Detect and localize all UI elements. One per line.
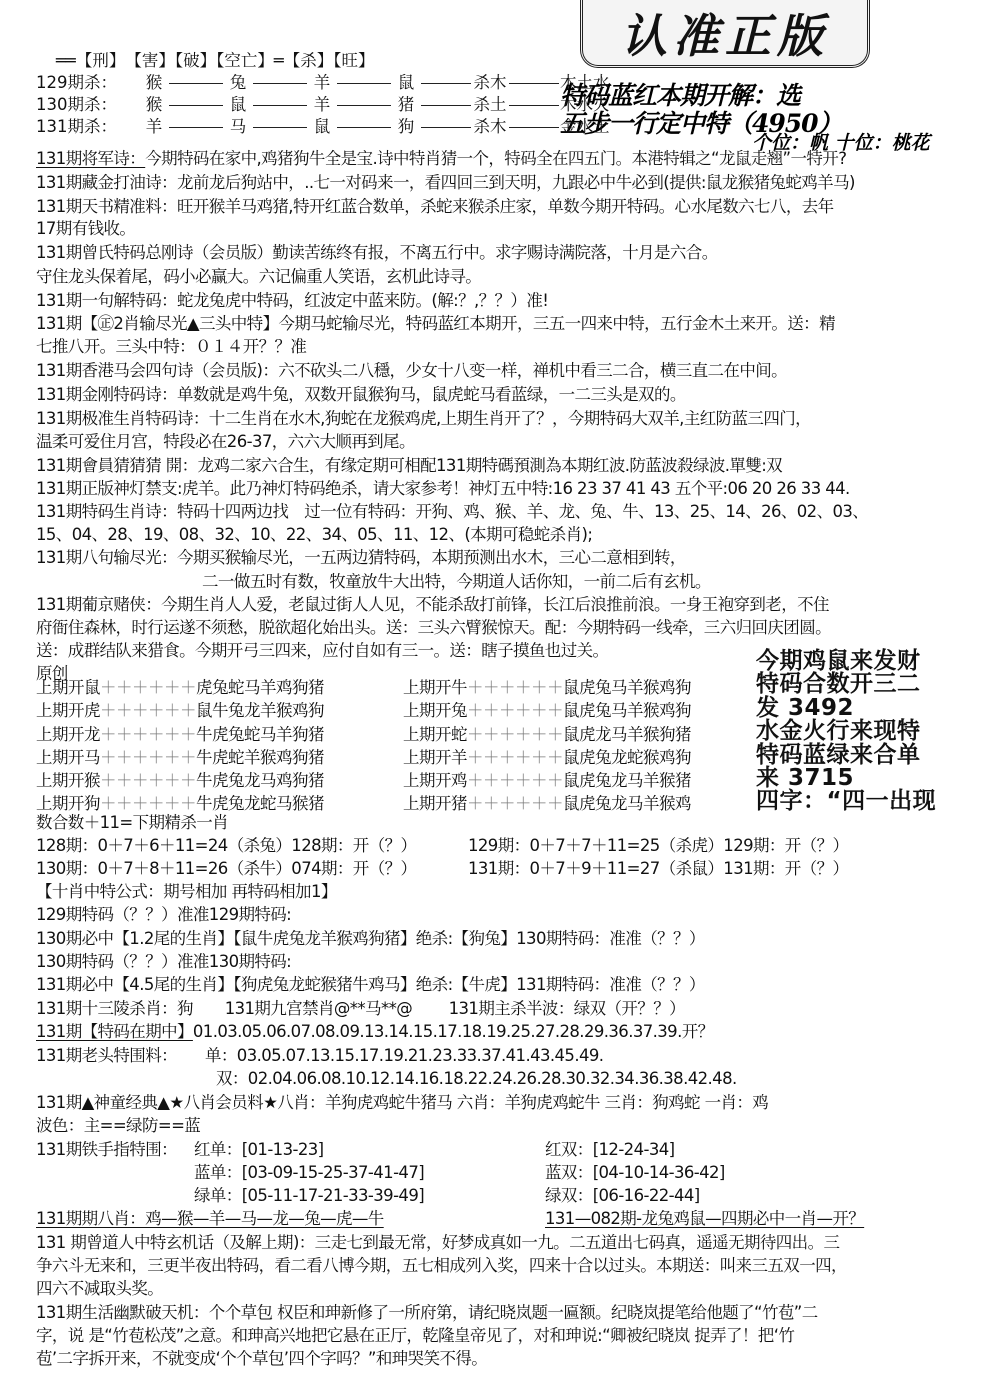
zodiac-plus: ＋＋＋＋＋＋ bbox=[467, 701, 563, 720]
shentong-line: 131期▲神童经典▲★八肖会员料★八肖：羊狗虎鸡蛇牛猪马 六肖：羊狗虎鸡蛇牛 三… bbox=[36, 1092, 768, 1114]
connector-line bbox=[169, 83, 223, 84]
formula-title: 数合数＋11=下期精杀一肖 bbox=[36, 812, 228, 834]
zodiac-result: 牛虎兔龙蛇马猴猪 bbox=[196, 794, 324, 813]
paragraph-text: 131期极准生肖特码诗：十二生肖在水木,狗蛇在龙猴鸡虎,上期生肖开了？，今期特码… bbox=[36, 409, 811, 428]
paragraph-line: 131期會員猜猜猜 開：龙鸡二家六合生，有缘定期可相配131期特碼預測為本期红波… bbox=[36, 455, 782, 477]
zodiac-result: 牛虎蛇羊猴鸡狗猪 bbox=[196, 748, 324, 767]
zodiac-prefix: 上期开猴 bbox=[36, 771, 100, 790]
tieshou-right: 红双：[12-24-34] bbox=[545, 1139, 674, 1161]
info-line: 129期特码（？？）准准129期特码: bbox=[36, 904, 291, 926]
paragraph-line: 府衙住森林，时行运遂不须愁，脱欲超化始出头。送：三头六臂猴惊天。配：今期特码一线… bbox=[36, 617, 831, 639]
authentic-logo: 认准正版 bbox=[580, 0, 870, 68]
kill-cell: 羊 bbox=[140, 116, 168, 138]
paragraph-line: 131期正版神灯禁支:虎羊。此乃神灯特码绝杀，请大家参考！神灯五中特:16 23… bbox=[36, 478, 850, 500]
zodiac-row: 上期开鼠＋＋＋＋＋＋虎兔蛇马羊鸡狗猪 bbox=[36, 676, 324, 699]
connector-line bbox=[509, 83, 559, 84]
paragraph-text: 131期特码生肖诗：特码十四两边找 过一位有特码：开狗、鸡、猴、羊、龙、兔、牛、… bbox=[36, 502, 868, 521]
connector-line bbox=[421, 105, 471, 106]
zodiac-row: 上期开龙＋＋＋＋＋＋牛虎兔蛇马羊狗猪 bbox=[36, 723, 324, 746]
final-paragraph-line: 四六不减取头奖。 bbox=[36, 1278, 163, 1300]
kill-cell: 金水土 bbox=[560, 116, 610, 138]
zodiac-row: 上期开猪＋＋＋＋＋＋鼠虎兔龙马羊猴鸡 bbox=[403, 792, 691, 815]
paragraph-text: 送：成群结队来猎食。今期开弓三四来，应付自如有三一。送：瞎子摸鱼也过关。 bbox=[36, 641, 608, 660]
info-line: 130期必中【1.2尾的生肖】【鼠牛虎兔龙羊猴鸡狗猪】绝杀:【狗兔】130期特码… bbox=[36, 928, 705, 950]
paragraph-text: 15、04、28、19、08、32、10、22、34、05、11、12、(本期可… bbox=[36, 525, 592, 544]
connector-line bbox=[337, 105, 391, 106]
kill-row: 131期杀：羊马鼠狗杀木金水土 bbox=[36, 116, 610, 138]
formula-right: 131期：0＋7＋9＋11=27（杀鼠）131期：开（？） bbox=[468, 858, 848, 880]
zodiac-row: 上期开羊＋＋＋＋＋＋鼠虎兔龙蛇猴鸡狗 bbox=[403, 746, 691, 769]
info-line: 131期十三陵杀肖：狗 131期九宫禁肖@**马**@ 131期主杀半波：绿双（… bbox=[36, 998, 685, 1020]
zodiac-prefix: 上期开虎 bbox=[36, 701, 100, 720]
tieshou-left: 绿单：[05-11-17-21-33-39-49] bbox=[194, 1185, 424, 1207]
baxiao-right: 131—082期-龙兔鸡鼠—四期必中一肖—开？ bbox=[545, 1208, 864, 1230]
zodiac-result: 鼠虎兔马羊猴鸡狗 bbox=[563, 678, 691, 697]
paragraph-line: 131期香港马会四句诗（会员版)：六不砍头二八穩，少女十八变一样，禅机中看三二合… bbox=[36, 360, 787, 382]
paragraph-text: 131期藏金打油诗：龙前龙后狗站中，..七一对码来一，看四回三到天明，九跟必中牛… bbox=[36, 173, 855, 192]
zodiac-row: 上期开虎＋＋＋＋＋＋鼠牛兔龙羊猴鸡狗 bbox=[36, 699, 324, 722]
info-line: 【十肖中特公式：期号相加 再特码相加1】 bbox=[36, 881, 337, 903]
kill-row-label: 131期杀： bbox=[36, 116, 140, 138]
zodiac-result: 鼠虎龙马羊猴狗猪 bbox=[563, 725, 691, 744]
side-box-line: 四字：“四一出现 bbox=[756, 790, 936, 813]
kill-cell: 杀土 bbox=[472, 94, 508, 116]
zodiac-row: 上期开牛＋＋＋＋＋＋鼠虎兔马羊猴鸡狗 bbox=[403, 676, 691, 699]
side-box-line: 发 3492 bbox=[756, 697, 936, 720]
side-box-line: 特码蓝绿来合单 bbox=[756, 744, 936, 767]
zodiac-plus: ＋＋＋＋＋＋ bbox=[467, 748, 563, 767]
kill-table-header: ══【刑】 【害】【破】【空亡】═【杀】【旺】 bbox=[36, 50, 610, 72]
kill-cell: 马 bbox=[224, 116, 252, 138]
zodiac-prefix: 上期开猪 bbox=[403, 794, 467, 813]
kill-cell: 杀木 bbox=[472, 116, 508, 138]
paragraph-text: 131期會員猜猜猜 開：龙鸡二家六合生，有缘定期可相配131期特碼預測為本期红波… bbox=[36, 456, 782, 475]
kill-cell: 狗 bbox=[392, 116, 420, 138]
tieshou-right: 蓝双：[04-10-14-36-42] bbox=[545, 1162, 725, 1184]
paragraph-text: 131期正版神灯禁支:虎羊。此乃神灯特码绝杀，请大家参考！神灯五中特:16 23… bbox=[36, 479, 850, 498]
connector-line bbox=[509, 127, 559, 128]
side-box-line: 特码合数开三二 bbox=[756, 673, 936, 696]
paragraph-line: 131期特码生肖诗：特码十四两边找 过一位有特码：开狗、鸡、猴、羊、龙、兔、牛、… bbox=[36, 501, 868, 523]
side-prediction-box: 今期鸡鼠来发财特码合数开三二发 3492水金火行来现特特码蓝绿来合单来 3715… bbox=[756, 650, 936, 814]
formula-left: 130期：0＋7＋8＋11=26（杀牛）074期：开（？） bbox=[36, 858, 416, 880]
laotou-odd: 单：03.05.07.13.15.17.19.21.23.33.37.41.43… bbox=[205, 1045, 603, 1067]
kill-row: 130期杀：猴鼠羊猪杀土木水火 bbox=[36, 94, 610, 116]
zodiac-prefix: 上期开鼠 bbox=[36, 678, 100, 697]
special-numbers: 01.03.05.06.07.08.09.13.14.15.17.18.19.2… bbox=[193, 1022, 714, 1041]
zodiac-table-left: 上期开鼠＋＋＋＋＋＋虎兔蛇马羊鸡狗猪上期开虎＋＋＋＋＋＋鼠牛兔龙羊猴鸡狗上期开龙… bbox=[36, 676, 324, 816]
kill-row-label: 130期杀： bbox=[36, 94, 140, 116]
special-line: 131期【特码在期中】01.03.05.06.07.08.09.13.14.15… bbox=[36, 1021, 714, 1043]
paragraph-line: 守住龙头保着尾，码小必赢大。六记偏重人笑语，玄机此诗寻。 bbox=[36, 266, 481, 288]
zodiac-row: 上期开马＋＋＋＋＋＋牛虎蛇羊猴鸡狗猪 bbox=[36, 746, 324, 769]
paragraph-text: 17期有钱收。 bbox=[36, 219, 135, 238]
paragraph-text: 守住龙头保着尾，码小必赢大。六记偏重人笑语，玄机此诗寻。 bbox=[36, 267, 481, 286]
connector-line bbox=[253, 127, 307, 128]
connector-line bbox=[421, 83, 471, 84]
side-box-line: 今期鸡鼠来发财 bbox=[756, 650, 936, 673]
zodiac-result: 鼠虎兔龙蛇猴鸡狗 bbox=[563, 748, 691, 767]
final-paragraph-line: 字，说 是“竹苞松茂”之意。和珅高兴地把它悬在正厅，乾隆皇帝见了，对和珅说:“卿… bbox=[36, 1325, 794, 1347]
kill-cell: 木水火 bbox=[560, 94, 610, 116]
zodiac-prefix: 上期开羊 bbox=[403, 748, 467, 767]
zodiac-plus: ＋＋＋＋＋＋ bbox=[467, 771, 563, 790]
kill-row: 129期杀：猴兔羊鼠杀木木土水 bbox=[36, 72, 610, 94]
paragraph-line: 温柔可爱住月宫，特段必在26-37，六六大顺再到尾。 bbox=[36, 431, 415, 453]
kill-cell: 猴 bbox=[140, 72, 168, 94]
paragraph-line: 131期天书精准料：旺开猴羊马鸡猪,特开红蓝合数单，杀蛇来猴杀庄家，单数今期开特… bbox=[36, 196, 834, 218]
final-paragraph-line: 131期生活幽默破天机：个个草包 权臣和珅新修了一所府第，请纪晓岚题一匾额。纪晓… bbox=[36, 1302, 818, 1324]
paragraph-line: 七推八开。三头中特：０１４开？？准 bbox=[36, 336, 306, 358]
zodiac-plus: ＋＋＋＋＋＋ bbox=[100, 701, 196, 720]
connector-line bbox=[169, 127, 223, 128]
tieshou-left: 蓝单：[03-09-15-25-37-41-47] bbox=[194, 1162, 424, 1184]
zodiac-row: 上期开鸡＋＋＋＋＋＋鼠虎兔龙马羊猴猪 bbox=[403, 769, 691, 792]
tieshou-label: 131期铁手指特围： bbox=[36, 1139, 177, 1161]
connector-line bbox=[169, 105, 223, 106]
zodiac-table-right: 上期开牛＋＋＋＋＋＋鼠虎兔马羊猴鸡狗上期开兔＋＋＋＋＋＋鼠虎兔马羊猴鸡狗上期开蛇… bbox=[403, 676, 691, 816]
zodiac-plus: ＋＋＋＋＋＋ bbox=[100, 794, 196, 813]
kill-row-label: 129期杀： bbox=[36, 72, 140, 94]
paragraph-text: 温柔可爱住月宫，特段必在26-37，六六大顺再到尾。 bbox=[36, 432, 415, 451]
zodiac-row: 上期开蛇＋＋＋＋＋＋鼠虎龙马羊猴狗猪 bbox=[403, 723, 691, 746]
connector-line bbox=[421, 127, 471, 128]
paragraph-text: 府衙住森林，时行运遂不须愁，脱欲超化始出头。送：三头六臂猴惊天。配：今期特码一线… bbox=[36, 618, 831, 637]
paragraph-text: 七推八开。三头中特：０１４开？？准 bbox=[36, 337, 306, 356]
zodiac-row: 上期开兔＋＋＋＋＋＋鼠虎兔马羊猴鸡狗 bbox=[403, 699, 691, 722]
logo-text: 认准正版 bbox=[621, 0, 829, 66]
formula-right: 129期：0＋7＋7＋11=25（杀虎）129期：开（？） bbox=[468, 835, 848, 857]
kill-cell: 兔 bbox=[224, 72, 252, 94]
paragraph-line: 131期葡京赌侠：今期生肖人人爱，老鼠过街人人见，不能杀敌打前锋，长江后浪推前浪… bbox=[36, 594, 829, 616]
paragraph-text: 131期【㊣2肖输尽光▲三头中特】今期马蛇输尽光，特码蓝红本期开，三五一四来中特… bbox=[36, 314, 835, 333]
kill-cell: 猪 bbox=[392, 94, 420, 116]
tieshou-right: 绿双：[06-16-22-44] bbox=[545, 1185, 700, 1207]
baxiao-left: 131期期八肖：鸡—猴—羊—马—龙—兔—虎—牛 bbox=[36, 1208, 384, 1230]
paragraph-text: 131期一句解特码：蛇龙兔虎中特码，红波定中蓝来防。(解:？,？？）准! bbox=[36, 291, 548, 310]
paragraph-line: 131期极准生肖特码诗：十二生肖在水木,狗蛇在龙猴鸡虎,上期生肖开了？，今期特码… bbox=[36, 408, 811, 430]
zodiac-prefix: 上期开兔 bbox=[403, 701, 467, 720]
kill-header-text: ══【刑】 【害】【破】【空亡】═【杀】【旺】 bbox=[56, 50, 375, 72]
zodiac-row: 上期开猴＋＋＋＋＋＋牛虎兔龙马鸡狗猪 bbox=[36, 769, 324, 792]
kill-cell: 木土水 bbox=[560, 72, 610, 94]
paragraph-text: 131期曾氏特码总刚诗（会员版）勤读苦练终有报，不离五行中。求字赐诗满院落，十月… bbox=[36, 243, 718, 262]
zodiac-plus: ＋＋＋＋＋＋ bbox=[467, 725, 563, 744]
zodiac-result: 牛虎兔蛇马羊狗猪 bbox=[196, 725, 324, 744]
kill-cell: 羊 bbox=[308, 72, 336, 94]
paragraph-line: 131期八句输尽光：今期买猴输尽光，一五两边猜特码，本期预测出水木，三心二意相到… bbox=[36, 547, 686, 569]
paragraph-title: 131期将军诗： bbox=[36, 149, 145, 168]
paragraph-text: 今期特码在家中,鸡猪狗牛全是宝.诗中特肖猜一个，特码全在四五门。本港特辑之“龙鼠… bbox=[145, 149, 846, 168]
zodiac-prefix: 上期开鸡 bbox=[403, 771, 467, 790]
zodiac-prefix: 上期开狗 bbox=[36, 794, 100, 813]
kill-cell: 羊 bbox=[308, 94, 336, 116]
zodiac-result: 虎兔蛇马羊鸡狗猪 bbox=[196, 678, 324, 697]
final-paragraph-line: 苞’二字拆开来，不就变成‘个个草包’四个字吗？”和珅哭笑不得。 bbox=[36, 1348, 487, 1370]
connector-line bbox=[509, 105, 559, 106]
zodiac-prefix: 上期开龙 bbox=[36, 725, 100, 744]
connector-line bbox=[337, 83, 391, 84]
zodiac-prefix: 上期开蛇 bbox=[403, 725, 467, 744]
paragraph-line: 131期【㊣2肖输尽光▲三头中特】今期马蛇输尽光，特码蓝红本期开，三五一四来中特… bbox=[36, 313, 835, 335]
zodiac-result: 鼠牛兔龙羊猴鸡狗 bbox=[196, 701, 324, 720]
paragraph-line: 送：成群结队来猎食。今期开弓三四来，应付自如有三一。送：瞎子摸鱼也过关。 bbox=[36, 640, 608, 662]
connector-line bbox=[337, 127, 391, 128]
wave-color-line: 波色：主==绿防==蓝 bbox=[36, 1115, 200, 1137]
paragraph-text: 二一做五时有数，牧童放牛大出特，今期道人话你知，一前二后有玄机。 bbox=[202, 572, 711, 591]
paragraph-line: 131期一句解特码：蛇龙兔虎中特码，红波定中蓝来防。(解:？,？？）准! bbox=[36, 290, 548, 312]
zodiac-plus: ＋＋＋＋＋＋ bbox=[467, 794, 563, 813]
zodiac-result: 牛虎兔龙马鸡狗猪 bbox=[196, 771, 324, 790]
zodiac-plus: ＋＋＋＋＋＋ bbox=[100, 725, 196, 744]
paragraph-line: 131期曾氏特码总刚诗（会员版）勤读苦练终有报，不离五行中。求字赐诗满院落，十月… bbox=[36, 242, 718, 264]
info-line: 131期必中【4.5尾的生肖】【狗虎兔龙蛇猴猪牛鸡马】绝杀:【牛虎】131期特码… bbox=[36, 974, 705, 996]
kill-cell: 猴 bbox=[140, 94, 168, 116]
tieshou-left: 红单：[01-13-23] bbox=[194, 1139, 323, 1161]
paragraph-line: 131期金刚特码诗：单数就是鸡牛兔，双数开鼠猴狗马，鼠虎蛇马看蓝绿，一二三头是双… bbox=[36, 384, 686, 406]
paragraph-text: 131期香港马会四句诗（会员版)：六不砍头二八穩，少女十八变一样，禅机中看三二合… bbox=[36, 361, 787, 380]
zodiac-result: 鼠虎兔马羊猴鸡狗 bbox=[563, 701, 691, 720]
side-box-line: 水金火行来现特 bbox=[756, 720, 936, 743]
paragraph-line: 二一做五时有数，牧童放牛大出特，今期道人话你知，一前二后有玄机。 bbox=[202, 571, 711, 593]
paragraph-text: 131期八句输尽光：今期买猴输尽光，一五两边猜特码，本期预测出水木，三心二意相到… bbox=[36, 548, 686, 567]
paragraph-line: 15、04、28、19、08、32、10、22、34、05、11、12、(本期可… bbox=[36, 524, 592, 546]
zodiac-result: 鼠虎兔龙马羊猴鸡 bbox=[563, 794, 691, 813]
zodiac-plus: ＋＋＋＋＋＋ bbox=[100, 748, 196, 767]
kill-cell: 鼠 bbox=[308, 116, 336, 138]
paragraph-text: 131期金刚特码诗：单数就是鸡牛兔，双数开鼠猴狗马，鼠虎蛇马看蓝绿，一二三头是双… bbox=[36, 385, 686, 404]
special-title: 131期【特码在期中】 bbox=[36, 1022, 193, 1041]
zodiac-prefix: 上期开马 bbox=[36, 748, 100, 767]
side-box-line: 来 3715 bbox=[756, 767, 936, 790]
kill-cell: 杀木 bbox=[472, 72, 508, 94]
kill-table: ══【刑】 【害】【破】【空亡】═【杀】【旺】 129期杀：猴兔羊鼠杀木木土水1… bbox=[36, 50, 610, 138]
zodiac-plus: ＋＋＋＋＋＋ bbox=[100, 771, 196, 790]
formula-left: 128期：0＋7＋6＋11=24（杀兔）128期：开（？） bbox=[36, 835, 416, 857]
paragraph-line: 17期有钱收。 bbox=[36, 218, 135, 240]
info-line: 130期特码（？？）准准130期特码: bbox=[36, 951, 291, 973]
paragraph-text: 131期天书精准料：旺开猴羊马鸡猪,特开红蓝合数单，杀蛇来猴杀庄家，单数今期开特… bbox=[36, 197, 834, 216]
paragraph-text: 131期葡京赌侠：今期生肖人人爱，老鼠过街人人见，不能杀敌打前锋，长江后浪推前浪… bbox=[36, 595, 829, 614]
laotou-label: 131期老头特围料： bbox=[36, 1045, 177, 1067]
laotou-even: 双：02.04.06.08.10.12.14.16.18.22.24.26.28… bbox=[216, 1068, 737, 1090]
kill-cell: 鼠 bbox=[392, 72, 420, 94]
paragraph-line: 131期藏金打油诗：龙前龙后狗站中，..七一对码来一，看四回三到天明，九跟必中牛… bbox=[36, 172, 855, 194]
connector-line bbox=[253, 105, 307, 106]
final-paragraph-line: 131 期曾道人中特玄机话（及解上期)：三走七到最无常，好梦成真如一九。二五道出… bbox=[36, 1232, 839, 1254]
zodiac-plus: ＋＋＋＋＋＋ bbox=[467, 678, 563, 697]
zodiac-result: 鼠虎兔龙马羊猴猪 bbox=[563, 771, 691, 790]
connector-line bbox=[253, 83, 307, 84]
final-paragraph-line: 争六斗无来和，三更半夜出特码，看二看八博今期，五七相成列入奖，四来十合以过头。本… bbox=[36, 1255, 847, 1277]
zodiac-prefix: 上期开牛 bbox=[403, 678, 467, 697]
zodiac-plus: ＋＋＋＋＋＋ bbox=[100, 678, 196, 697]
kill-cell: 鼠 bbox=[224, 94, 252, 116]
paragraph-line: 131期将军诗：今期特码在家中,鸡猪狗牛全是宝.诗中特肖猜一个，特码全在四五门。… bbox=[36, 148, 846, 170]
